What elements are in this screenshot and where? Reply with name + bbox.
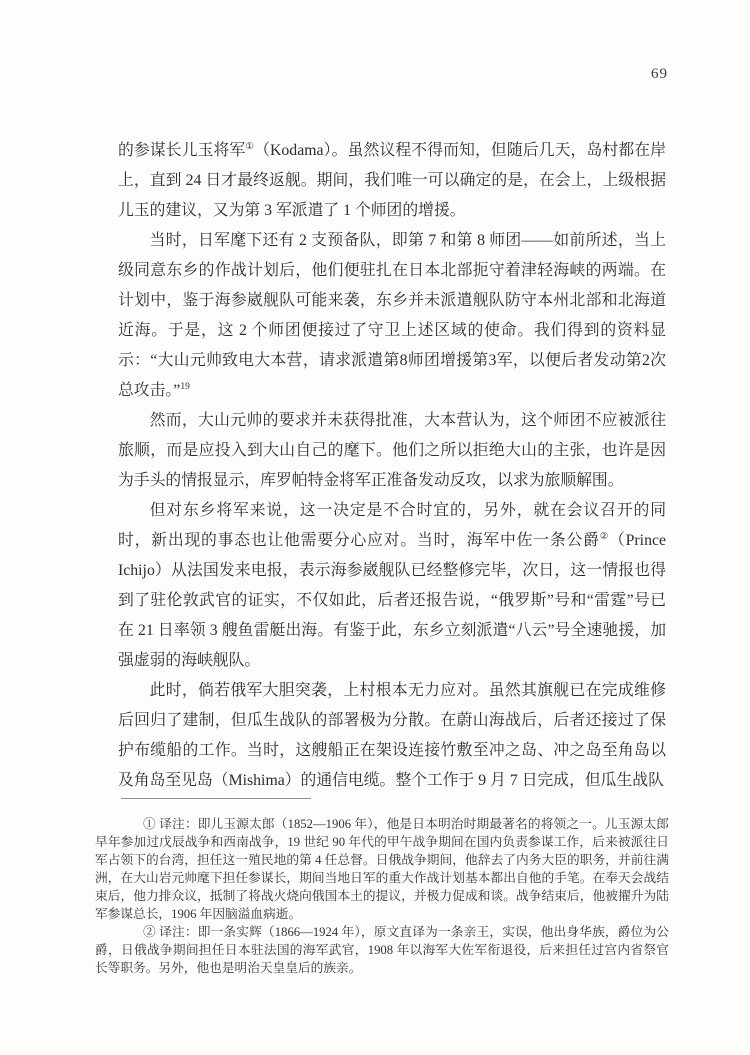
page-number: 69 [651, 66, 668, 83]
main-text: 的参谋长儿玉将军①（Kodama）。虽然议程不得而知，但随后几天，岛村都在岸上，… [118, 136, 666, 796]
body-paragraph: 的参谋长儿玉将军①（Kodama）。虽然议程不得而知，但随后几天，岛村都在岸上，… [118, 136, 666, 226]
book-page: 69 的参谋长儿玉将军①（Kodama）。虽然议程不得而知，但随后几天，岛村都在… [0, 0, 750, 1055]
footnote-reference: ② [600, 532, 609, 542]
body-paragraph: 然而，大山元帅的要求并未获得批准，大本营认为，这个师团不应被派往旅顺，而是应投入… [118, 406, 666, 496]
body-paragraph: 但对东乡将军来说，这一决定是不合时宜的，另外，就在会议召开的同时，新出现的事态也… [118, 496, 666, 676]
footnote-reference: 19 [180, 382, 190, 392]
body-paragraph: 此时，倘若俄军大胆突袭，上村根本无力应对。虽然其旗舰已在完成维修后回归了建制，但… [118, 676, 666, 796]
footnote-reference: ① [245, 142, 254, 152]
footnote-item: ① 译注：即儿玉源太郎（1852—1906 年），他是日本明治时期最著名的将领之… [95, 815, 669, 923]
body-paragraph: 当时，日军麾下还有 2 支预备队，即第 7 和第 8 师团——如前所述，当上级同… [118, 226, 666, 406]
footnotes: ① 译注：即儿玉源太郎（1852—1906 年），他是日本明治时期最著名的将领之… [95, 815, 669, 977]
footnote-separator [121, 798, 311, 799]
footnote-item: ② 译注：即一条实辉（1866—1924 年），原文直译为一条亲王，实误，他出身… [95, 923, 669, 977]
